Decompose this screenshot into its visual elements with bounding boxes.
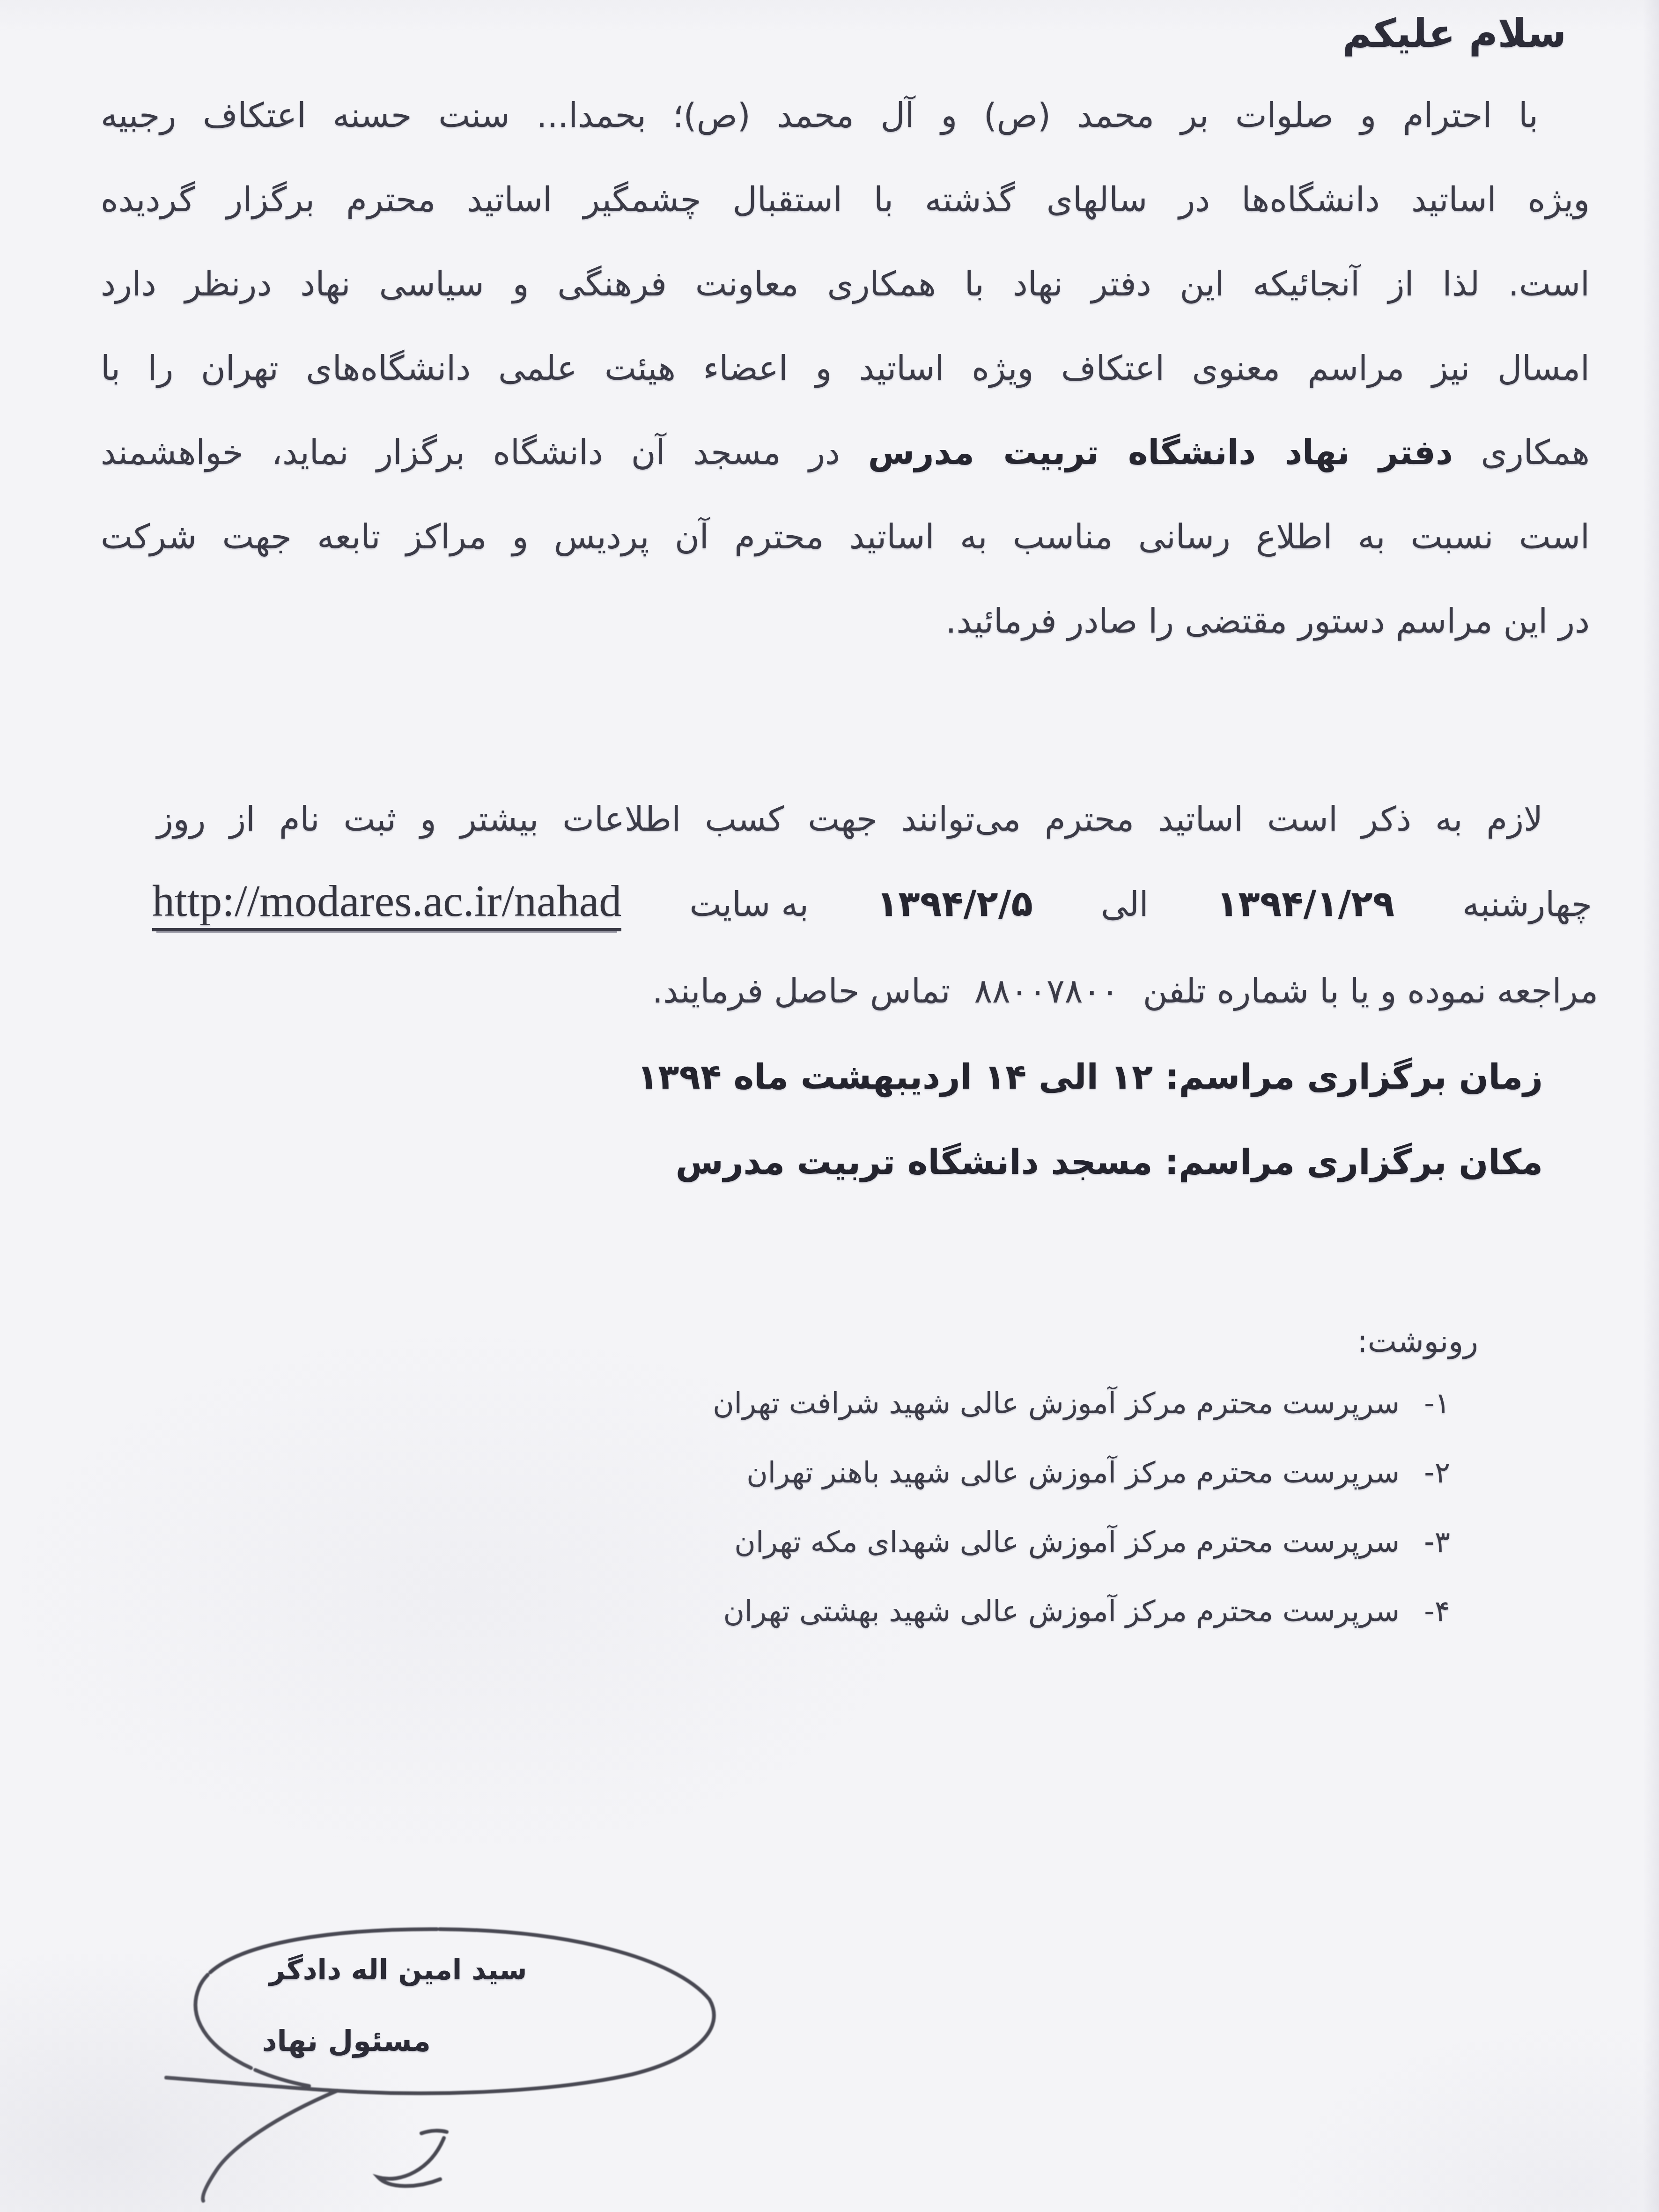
signer-role: مسئول نهاد [262,2024,431,2058]
handwritten-signature-icon [0,0,1659,2212]
scanned-letter-page: سلام علیکم با احترام و صلوات بر محمد (ص)… [0,0,1659,2212]
signer-name: سید امین اله دادگر [243,1954,553,1986]
